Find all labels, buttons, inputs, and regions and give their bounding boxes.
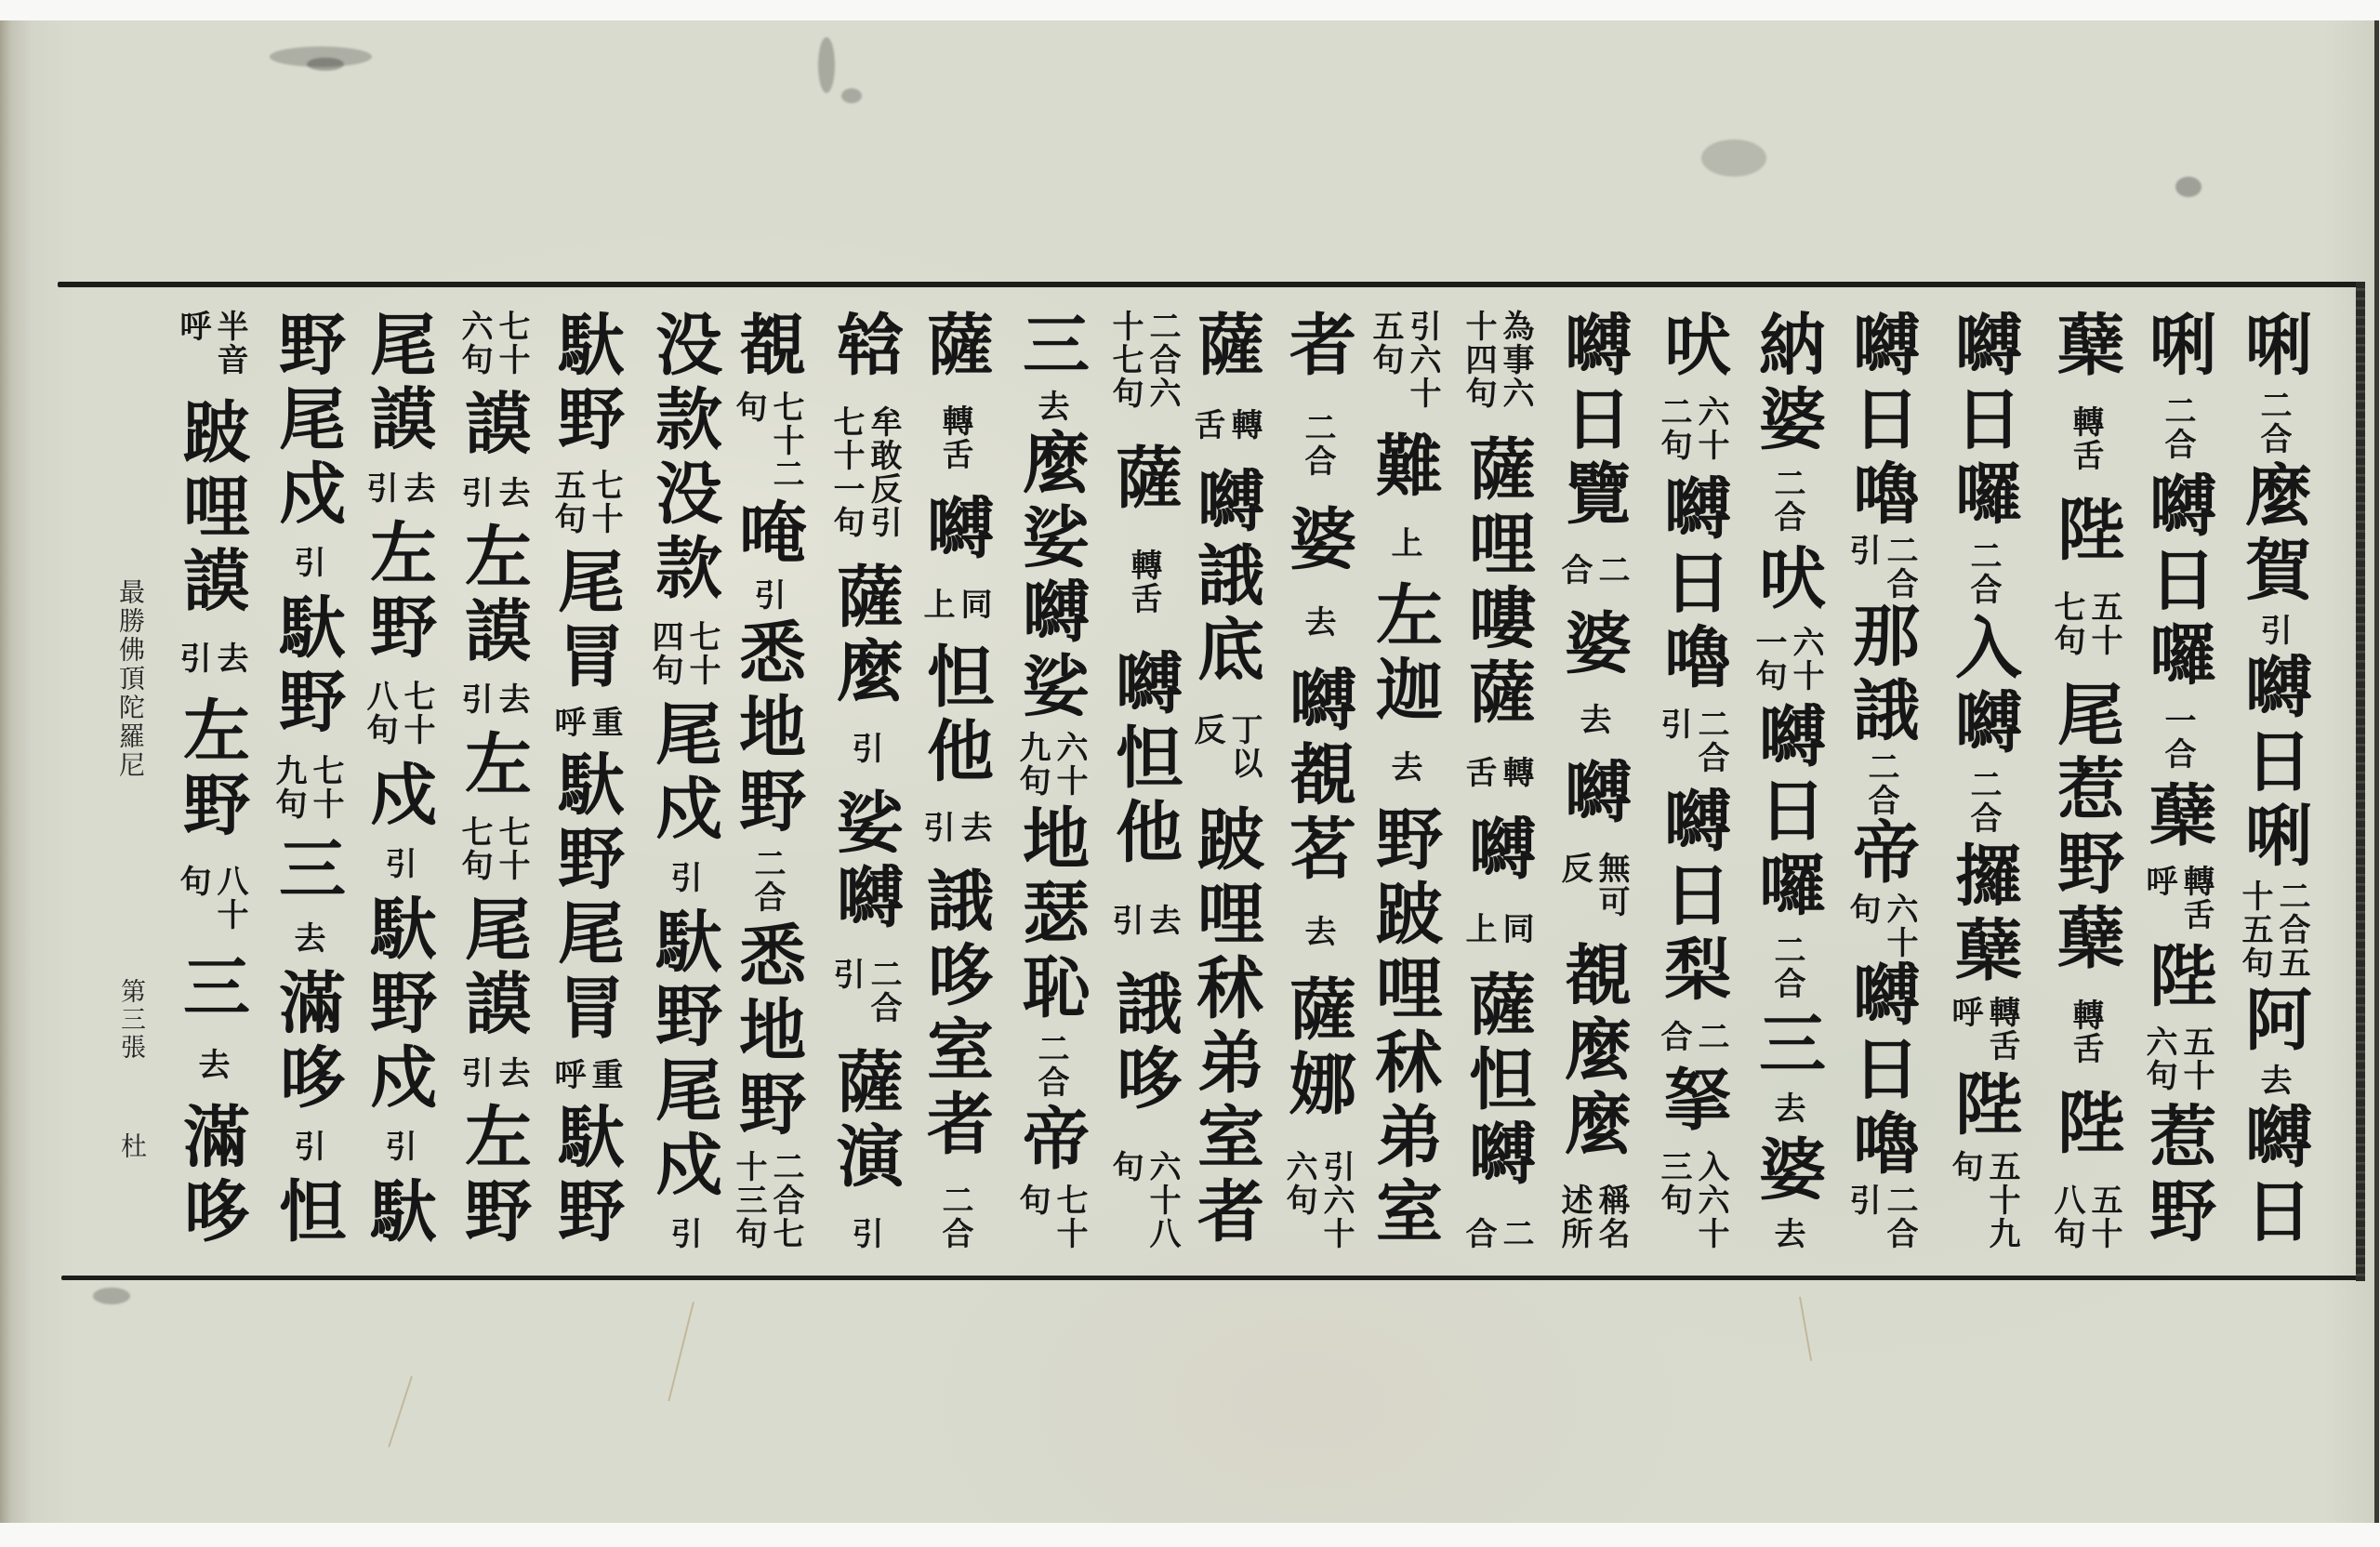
note-right-line: 二合: [1884, 534, 1915, 601]
interlinear-note: 二合: [1771, 467, 1803, 534]
main-characters: 滿哆: [273, 968, 340, 1117]
interlinear-note: 五十七句: [2051, 590, 2120, 657]
note-right-line: 去: [195, 1048, 227, 1081]
interlinear-note: 七十六句: [458, 310, 527, 377]
interlinear-note: 去引: [1109, 904, 1178, 937]
note-left-line: 舌: [1191, 408, 1223, 442]
main-characters: 嚩誐底: [1192, 466, 1259, 689]
main-characters: 入嚩: [1950, 613, 2016, 761]
note-right-line: 去: [958, 811, 989, 844]
note-left-line: 句: [1109, 1150, 1141, 1250]
note-right-line: 去: [1302, 605, 1333, 639]
main-characters: 悉地野: [734, 617, 800, 840]
main-characters: 薩娜: [1284, 974, 1351, 1123]
main-characters: 誐哆: [1110, 969, 1177, 1117]
note-right-line: 二合: [1967, 768, 1999, 835]
text-column-20: 七十六句謨去引左謨去引左七十七句尾謨去引左野: [446, 310, 539, 1250]
note-left-line: 六句: [2143, 1025, 2175, 1092]
main-characters: 嚩日囉: [1753, 701, 1820, 924]
note-right-line: 二合: [1771, 933, 1803, 1000]
main-characters: 嚩覩茗: [1284, 665, 1351, 888]
text-column-1: 唎二合麼賀引嚩日唎二合五十五句阿去嚩日: [2227, 310, 2320, 1250]
interlinear-note: 六十句: [1846, 892, 1915, 959]
main-characters: 尾冐: [552, 547, 619, 695]
main-characters: 阿: [2240, 985, 2307, 1059]
interlinear-note: 二合五十五句: [2239, 879, 2307, 980]
interlinear-note: 轉舌: [2069, 405, 2101, 472]
note-right-line: 五十: [2088, 590, 2120, 657]
interlinear-note: 去引: [458, 682, 527, 716]
main-characters: 薩麼: [831, 562, 898, 710]
interlinear-note: 牟敢反引七十一句: [830, 405, 899, 539]
note-left-line: 反: [1558, 852, 1590, 919]
note-right-line: 引六十: [1407, 310, 1438, 410]
main-characters: 唵: [734, 497, 800, 572]
note-left-line: 述所: [1558, 1183, 1590, 1250]
note-left-line: 引: [364, 471, 395, 505]
note-left-line: 引: [920, 811, 952, 844]
main-characters: 嚩日嚕: [1847, 959, 1914, 1183]
interlinear-note: 引: [849, 732, 880, 765]
note-right-line: 六十八: [1146, 1150, 1178, 1250]
interlinear-note: 二合: [1771, 933, 1803, 1000]
interlinear-note: 引: [382, 1130, 414, 1163]
text-column-9: 為事六十四句薩哩嘍薩轉舌嚩同上薩怛嚩二合: [1450, 310, 1543, 1250]
main-characters: 嚩: [1559, 757, 1626, 831]
note-right-line: 轉: [1500, 756, 1531, 789]
interlinear-note: 轉舌: [2069, 998, 2101, 1065]
main-characters: 左野: [364, 518, 431, 667]
interlinear-note: 二合: [1967, 539, 1999, 606]
note-right-line: 二合七: [770, 1150, 801, 1250]
note-right-line: 七十: [686, 620, 718, 687]
note-right-line: 二合: [1967, 539, 1999, 606]
main-characters: 蘖: [2144, 780, 2211, 854]
page-edge: [2374, 20, 2379, 1523]
main-characters: 野尾戍: [273, 310, 340, 533]
main-characters: 滿哆: [178, 1102, 245, 1250]
note-left-line: 四句: [649, 620, 681, 687]
note-left-line: 上: [920, 588, 952, 621]
note-left-line: 合: [1558, 553, 1590, 587]
interlinear-note: 二合: [1462, 1217, 1531, 1250]
main-characters: 陛: [2052, 1088, 2119, 1162]
interlinear-note: 二合引: [1658, 707, 1726, 774]
interlinear-note: 五十六句: [2143, 1025, 2212, 1092]
main-characters: 薩: [921, 310, 988, 384]
interlinear-note: 引: [382, 847, 414, 880]
note-left-line: 十五句: [2239, 879, 2270, 980]
note-left-line: 句: [1949, 1150, 1980, 1250]
note-right-line: 半音: [214, 310, 245, 377]
main-characters: 薩: [1192, 310, 1259, 384]
note-right-line: 引: [382, 1130, 414, 1163]
note-left-line: 引: [1109, 904, 1141, 937]
frame-top-rule: [58, 282, 2365, 287]
ink-stain: [1701, 139, 1766, 177]
note-right-line: 引: [849, 1217, 880, 1250]
main-characters: 帝: [1847, 817, 1914, 892]
main-characters: 尾戍: [650, 699, 717, 848]
main-characters: 尾謨: [459, 894, 526, 1043]
note-left-line: 九句: [272, 754, 304, 821]
text-column-23: 半音呼跛哩謨去引左野八十句三去滿哆: [165, 310, 258, 1250]
note-right-line: 引: [668, 1217, 699, 1250]
main-characters: 薩哩嘍薩: [1463, 434, 1530, 732]
note-right-line: 轉舌: [1986, 996, 2017, 1063]
note-left-line: 七句: [458, 815, 490, 882]
interlinear-note: 去: [1771, 1091, 1803, 1125]
interlinear-note: 上: [1388, 526, 1420, 560]
note-right-line: 二: [1500, 1217, 1531, 1250]
interlinear-note: 去: [1302, 915, 1333, 948]
main-characters: 嚩日囉: [2144, 470, 2211, 694]
note-right-line: 轉: [1228, 408, 1260, 442]
note-right-line: 引: [2257, 614, 2289, 647]
note-left-line: 引: [1846, 534, 1878, 601]
note-right-line: 去: [496, 1056, 527, 1090]
interlinear-note: 引: [668, 861, 699, 894]
interlinear-note: 二合: [1658, 1020, 1726, 1053]
note-left-line: 三句: [1658, 1150, 1689, 1250]
main-characters: 陛: [1950, 1069, 2016, 1144]
interlinear-note: 引: [2257, 614, 2289, 647]
main-characters: 嚩: [921, 493, 988, 567]
main-characters: 地瑟恥: [1017, 803, 1084, 1026]
note-left-line: 引: [458, 476, 490, 509]
note-left-line: 合: [1462, 1217, 1494, 1250]
note-right-line: 八十: [214, 865, 245, 932]
interlinear-note: 同上: [920, 588, 989, 621]
note-right-line: 二合: [1695, 707, 1726, 774]
note-left-line: 八句: [364, 680, 395, 747]
interlinear-note: 轉舌呼: [1949, 996, 2017, 1063]
note-right-line: 轉舌: [2069, 405, 2101, 472]
note-right-line: 去: [291, 921, 323, 955]
text-column-21: 尾謨去引左野七十八句戍引馱野戍引馱: [351, 310, 444, 1250]
note-right-line: 二合: [1035, 1032, 1066, 1099]
note-left-line: 二句: [1658, 395, 1689, 462]
note-right-line: 六十: [1790, 626, 1821, 693]
main-characters: 那誐: [1847, 601, 1914, 749]
ink-stain: [818, 37, 835, 93]
note-right-line: 去: [1388, 750, 1420, 784]
note-right-line: 轉舌: [2069, 998, 2101, 1065]
note-left-line: 呼: [1949, 996, 1980, 1063]
main-characters: 三: [273, 834, 340, 908]
note-left-line: 九句: [1016, 731, 1048, 798]
interlinear-note: 二合: [2162, 394, 2193, 461]
note-left-line: 句: [733, 390, 764, 491]
note-right-line: 同: [1500, 912, 1531, 945]
note-right-line: 二: [1695, 1020, 1726, 1053]
note-right-line: 上: [1388, 526, 1420, 560]
main-characters: 婆: [1284, 504, 1351, 578]
text-column-7: 吠六十二句嚩日嚕二合引嚩日梨二合拏入六十三句: [1646, 310, 1739, 1250]
interlinear-note: 無可反: [1558, 852, 1627, 919]
text-column-11: 者二合婆去嚩覩茗去薩娜引六十六句: [1271, 310, 1364, 1250]
note-right-line: 二合: [2257, 389, 2289, 456]
note-left-line: 引: [830, 958, 862, 1025]
main-characters: 嚩日覽: [1559, 310, 1626, 533]
main-characters: 尾惹野蘖: [2052, 680, 2119, 977]
main-characters: 嚩日唎: [2240, 652, 2307, 875]
main-characters: 左: [459, 729, 526, 803]
interlinear-note: 二合: [1865, 750, 1897, 817]
note-right-line: 丁以: [1228, 713, 1260, 780]
interlinear-note: 去: [1302, 605, 1333, 639]
note-right-line: 六十: [1884, 892, 1915, 959]
frame-right-rule: [2356, 282, 2365, 1281]
note-right-line: 七十: [588, 469, 620, 535]
note-right-line: 六十: [1695, 395, 1726, 462]
main-characters: 拏: [1659, 1064, 1725, 1139]
interlinear-note: 去: [1035, 390, 1066, 423]
main-characters: 戍: [364, 760, 431, 834]
note-right-line: 二合: [751, 847, 783, 914]
interlinear-note: 去: [291, 921, 323, 955]
main-characters: 怛: [273, 1176, 340, 1250]
interlinear-note: 六十九句: [1016, 731, 1085, 798]
margin-carver-mark: 杜: [119, 1132, 145, 1161]
interlinear-note: 去引: [458, 1056, 527, 1090]
main-characters: 婆: [1753, 1134, 1820, 1209]
main-characters: 婆: [1559, 608, 1626, 682]
main-characters: 嚩日嚕: [1659, 473, 1725, 696]
note-left-line: 呼: [177, 310, 208, 377]
main-characters: 蘖: [2052, 310, 2119, 384]
interlinear-note: 二合七十三句: [733, 1150, 801, 1250]
text-column-15: 薩轉舌嚩同上怛他去引誐哆室者二合: [908, 310, 1001, 1250]
main-characters: 帝: [1017, 1104, 1084, 1178]
interlinear-note: 七十八句: [364, 680, 432, 747]
note-right-line: 為事六: [1500, 310, 1531, 410]
note-left-line: 引: [458, 682, 490, 716]
main-characters: 陛: [2052, 495, 2119, 569]
interlinear-note: 轉舌: [939, 404, 971, 471]
note-left-line: 句: [1846, 892, 1878, 959]
interlinear-note: 二合引: [1846, 534, 1915, 601]
note-right-line: 二合: [939, 1183, 971, 1250]
main-characters: 野跛哩秫弟室: [1370, 804, 1437, 1250]
main-characters: 娑嚩: [831, 787, 898, 936]
note-left-line: 引: [177, 641, 208, 675]
note-left-line: 七句: [2051, 590, 2082, 657]
text-column-4: 嚩日囉二合入嚩二合攞蘖轉舌呼陛五十九句: [1937, 310, 2030, 1250]
note-right-line: 去: [1146, 904, 1178, 937]
interlinear-note: 轉舌呼: [2143, 865, 2212, 932]
note-right-line: 引: [668, 861, 699, 894]
interlinear-note: 五十九句: [1949, 1150, 2017, 1250]
note-right-line: 轉舌: [939, 404, 971, 471]
main-characters: 嚩: [1463, 813, 1530, 888]
note-right-line: 二合: [1865, 750, 1897, 817]
note-right-line: 去: [1771, 1217, 1803, 1250]
text-column-17: 覩七十二句唵引悉地野二合悉地野二合七十三句: [721, 310, 813, 1250]
main-characters: 三: [1753, 1009, 1820, 1083]
main-characters: 没款没款: [650, 310, 717, 607]
note-right-line: 二合: [867, 958, 899, 1025]
ink-stain: [2175, 177, 2201, 197]
interlinear-note: 去引: [364, 471, 432, 505]
note-right-line: 七十: [310, 754, 341, 821]
note-right-line: 引六十: [1320, 1150, 1352, 1250]
note-left-line: 句: [1016, 1183, 1048, 1250]
interlinear-note: 去: [2257, 1064, 2289, 1097]
note-left-line: 舌: [1462, 756, 1494, 789]
main-characters: 馱野尾冐: [552, 749, 619, 1047]
note-right-line: 重: [588, 1058, 620, 1091]
note-right-line: 引: [382, 847, 414, 880]
note-right-line: 七十: [496, 310, 527, 377]
main-characters: 𤚥: [831, 310, 898, 384]
main-characters: 尾謨: [364, 310, 431, 458]
note-left-line: 五句: [551, 469, 583, 535]
text-column-10: 引六十五句難上左迦去野跛哩秫弟室: [1357, 310, 1450, 1250]
main-characters: 馱野: [552, 310, 619, 458]
interlinear-note: 去: [1577, 703, 1608, 736]
interlinear-note: 重呼: [551, 706, 620, 739]
interlinear-note: 丁以反: [1191, 713, 1260, 780]
interlinear-note: 六十八句: [1109, 1150, 1178, 1250]
note-left-line: 十三句: [733, 1150, 764, 1250]
main-characters: 吠: [1659, 310, 1725, 384]
interlinear-note: 去引: [458, 476, 527, 509]
note-right-line: 去: [1302, 915, 1333, 948]
interlinear-note: 二合: [2257, 389, 2289, 456]
note-left-line: 一句: [1752, 626, 1784, 693]
main-characters: 薩: [1110, 443, 1177, 517]
note-right-line: 去: [401, 471, 432, 505]
interlinear-note: 同上: [1462, 912, 1531, 945]
note-right-line: 五十: [2180, 1025, 2212, 1092]
interlinear-note: 二合引: [830, 958, 899, 1025]
text-column-6: 納婆二合吠六十一句嚩日囉二合三去婆去: [1740, 310, 1833, 1250]
main-characters: 嚩日囉: [1950, 310, 2016, 533]
note-right-line: 去: [214, 641, 245, 675]
note-left-line: 引: [1846, 1183, 1878, 1250]
main-characters: 薩演: [831, 1047, 898, 1196]
note-right-line: 去: [2257, 1064, 2289, 1097]
main-characters: 唎: [2144, 310, 2211, 384]
text-column-2: 唎二合嚩日囉一合蘖轉舌呼陛五十六句惹野: [2131, 310, 2224, 1250]
note-left-line: 引: [1658, 707, 1689, 774]
margin-sheet-number: 第三張: [118, 978, 143, 1062]
main-characters: 怛他: [921, 641, 988, 790]
interlinear-note: 引: [849, 1217, 880, 1250]
main-characters: 嚩怛他: [1110, 648, 1177, 871]
frame-bottom-rule: [61, 1276, 2365, 1280]
note-right-line: 六十: [1053, 731, 1085, 798]
main-characters: 左野: [459, 1102, 526, 1250]
margin-title: 最勝佛頂陀羅尼: [117, 578, 143, 780]
note-left-line: 八句: [2051, 1183, 2082, 1250]
note-right-line: 轉舌: [1128, 549, 1159, 615]
note-right-line: 一合: [2162, 704, 2193, 771]
interlinear-note: 引: [668, 1217, 699, 1250]
interlinear-note: 二合引: [1846, 1183, 1915, 1250]
text-column-13: 二合六十七句薩轉舌嚩怛他去引誐哆六十八句: [1097, 310, 1190, 1250]
interlinear-note: 為事六十四句: [1462, 310, 1531, 410]
main-characters: 馱野: [552, 1102, 619, 1250]
interlinear-note: 轉舌: [1191, 408, 1260, 442]
main-characters: 左謨: [459, 522, 526, 670]
note-right-line: 七十: [1053, 1183, 1085, 1250]
main-characters: 納婆: [1753, 310, 1820, 458]
interlinear-note: 去引: [177, 641, 245, 675]
main-characters: 吠: [1753, 543, 1820, 617]
note-right-line: 引: [291, 1130, 323, 1163]
note-right-line: 無可: [1595, 852, 1627, 919]
note-right-line: 牟敢反引: [867, 405, 899, 539]
interlinear-note: 七十二句: [733, 390, 801, 491]
note-right-line: 轉舌: [2180, 865, 2212, 932]
note-right-line: 二合五: [2276, 879, 2307, 980]
note-right-line: 七十二: [770, 390, 801, 491]
main-characters: 陛: [2144, 941, 2211, 1015]
interlinear-note: 五十八句: [2051, 1183, 2120, 1250]
interlinear-note: 六十二句: [1658, 395, 1726, 462]
main-characters: 攞蘖: [1950, 840, 2016, 989]
note-left-line: 反: [1191, 713, 1223, 780]
note-right-line: 入六十: [1695, 1150, 1726, 1250]
main-characters: 嚩日梨: [1659, 786, 1725, 1009]
interlinear-note: 八十句: [177, 865, 245, 932]
main-characters: 跛哩秫弟室者: [1192, 804, 1259, 1250]
interlinear-note: 半音呼: [177, 310, 245, 377]
interlinear-note: 一合: [2162, 704, 2193, 771]
note-right-line: 二合: [1302, 411, 1333, 478]
note-right-line: 引: [751, 578, 783, 612]
note-left-line: 引: [458, 1056, 490, 1090]
interlinear-note: 去: [1771, 1217, 1803, 1250]
note-right-line: 引: [291, 546, 323, 579]
main-characters: 三: [1017, 310, 1084, 384]
note-left-line: 呼: [551, 706, 583, 739]
text-column-22: 野尾戍引馱野七十九句三去滿哆引怛: [260, 310, 353, 1250]
note-left-line: 呼: [2143, 865, 2175, 932]
interlinear-note: 七十五句: [551, 469, 620, 535]
interlinear-note: 引: [291, 546, 323, 579]
note-left-line: 十七句: [1109, 310, 1141, 410]
note-right-line: 二合六: [1146, 310, 1178, 410]
note-left-line: 上: [1462, 912, 1494, 945]
interlinear-note: 轉舌: [1128, 549, 1159, 615]
text-column-16: 𤚥牟敢反引七十一句薩麼引娑嚩二合引薩演引: [818, 310, 911, 1250]
interlinear-note: 去: [195, 1048, 227, 1081]
interlinear-note: 二合: [1558, 553, 1627, 587]
interlinear-note: 引: [751, 578, 783, 612]
main-characters: 難: [1370, 430, 1437, 505]
note-right-line: 去: [1035, 390, 1066, 423]
ink-stain: [93, 1288, 130, 1304]
main-characters: 誐哆室者: [921, 866, 988, 1163]
note-right-line: 二合: [2162, 394, 2193, 461]
main-characters: 謨: [459, 389, 526, 463]
note-right-line: 稱名: [1595, 1183, 1627, 1250]
interlinear-note: 七十七句: [458, 815, 527, 882]
note-left-line: 十四句: [1462, 310, 1494, 410]
note-right-line: 去: [496, 476, 527, 509]
interlinear-note: 去引: [920, 811, 989, 844]
interlinear-note: 七十九句: [272, 754, 341, 821]
main-characters: 馱: [364, 1176, 431, 1250]
main-characters: 三: [178, 952, 245, 1026]
text-column-18: 没款没款七十四句尾戍引馱野尾戍引: [637, 310, 730, 1250]
interlinear-note: 二合六十七句: [1109, 310, 1178, 410]
note-right-line: 引: [849, 732, 880, 765]
note-left-line: 句: [177, 865, 208, 932]
